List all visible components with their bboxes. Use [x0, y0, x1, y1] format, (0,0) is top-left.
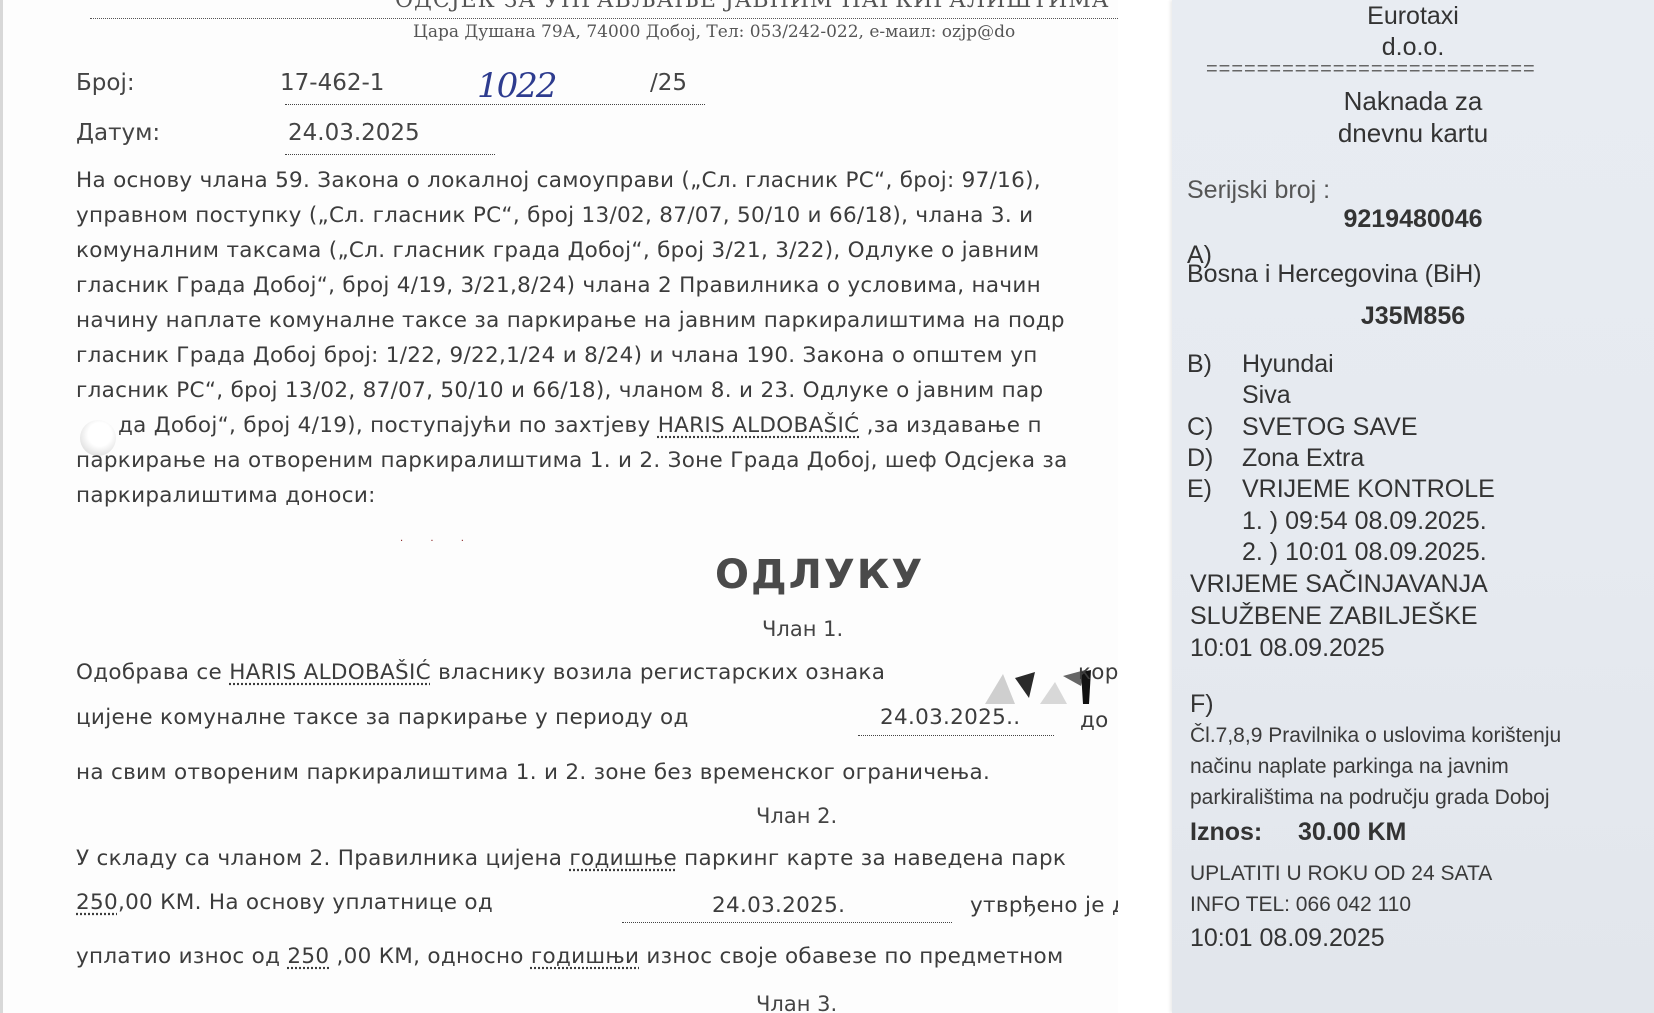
preamble-line: гласник Града Добој број: 1/22, 9/22,1/2… [76, 343, 1038, 368]
amount-value: 30.00 KM [1298, 818, 1406, 847]
control-time-2: 2. ) 10:01 08.09.2025. [1242, 538, 1487, 567]
period-to-label: до [1080, 708, 1109, 733]
article-1-line: на свим отвореним паркиралиштима 1. и 2.… [76, 760, 990, 785]
control-time-1: 1. ) 09:54 08.09.2025. [1242, 507, 1487, 536]
preamble-line: комуналним таксама („Сл. гласник града Д… [76, 238, 1040, 263]
receipt-company: Eurotaxi [1172, 2, 1654, 31]
article-1-line: Одобрава се HARIS ALDOBAŠIĆ власнику воз… [76, 660, 885, 685]
serial-label: Serijski broj : [1187, 176, 1330, 205]
period-start-date: 24.03.2025.. [880, 705, 1020, 730]
handwritten-number: 1022 [477, 66, 556, 106]
article-3-heading: Члан 3. [756, 992, 837, 1013]
vehicle-country: Bosna i Hercegovina (BiH) [1187, 260, 1482, 289]
preamble-line: паркирање на отвореним паркиралиштима 1.… [76, 448, 1068, 473]
payment-date-underline [622, 922, 952, 923]
printed-timestamp: 10:01 08.09.2025 [1190, 924, 1385, 953]
amount-label: Iznos: [1190, 818, 1262, 847]
scan-edge [0, 0, 3, 1013]
article-2-line: У складу са чланом 2. Правилника цијена … [76, 846, 1066, 871]
record-time-value: 10:01 08.09.2025 [1190, 634, 1385, 663]
section-c-label: C) [1187, 413, 1213, 442]
preamble-line: да Добој“, број 4/19), поступајући по за… [118, 413, 1042, 438]
receipt-title: Naknada za [1172, 86, 1654, 117]
annual-price: 250 [76, 890, 118, 915]
section-f-label: F) [1190, 690, 1214, 719]
receipt-separator: ========================== [1206, 58, 1536, 81]
number-underline [285, 104, 705, 105]
payment-slip-date: 24.03.2025. [712, 893, 845, 918]
decision-title: ОДЛУКУ [715, 552, 924, 598]
street: SVETOG SAVE [1242, 413, 1418, 442]
parking-receipt: Eurotaxi d.o.o. ========================… [1172, 0, 1654, 1013]
date-label: Датум: [76, 120, 160, 146]
vehicle-plate: J35M856 [1172, 302, 1654, 331]
article-1-line-end: кори [1078, 660, 1118, 685]
preamble-line: На основу члана 59. Закона о локалној са… [76, 168, 1041, 193]
regulation-text: načinu naplate parkinga na javnim [1190, 755, 1509, 779]
receipt-title-2: dnevnu kartu [1172, 118, 1654, 149]
vehicle-make: Hyundai [1242, 350, 1334, 379]
number-label: Број: [76, 70, 135, 96]
article-1-heading: Члан 1. [762, 617, 843, 641]
applicant-name: HARIS ALDOBAŠIĆ [658, 413, 860, 438]
header-rule [90, 18, 1118, 19]
number-prefix: 17-462-1 [280, 70, 384, 96]
scan-specks: · · · [400, 536, 476, 547]
regulation-text: Čl.7,8,9 Pravilnika o uslovima korištenj… [1190, 724, 1561, 748]
decision-document: ОДСЈЕК ЗА УПРАВЉАЊЕ ЈАВНИМ ПАРКИРАЛИШТИМ… [0, 0, 1118, 1013]
department-address: Цара Душана 79А, 74000 Добој, Тел: 053/2… [413, 22, 1015, 42]
control-time-title: VRIJEME KONTROLE [1242, 475, 1495, 504]
article-1-line: цијене комуналне таксе за паркирање у пе… [76, 705, 689, 730]
preamble-line: паркиралиштима доноси: [76, 483, 376, 508]
article-2-line: 250,00 КМ. На основу уплатнице од [76, 890, 493, 915]
article-2-line-end: утврђено је да [970, 893, 1118, 918]
serial-value: 9219480046 [1172, 205, 1654, 234]
date-underline [285, 154, 495, 155]
payment-deadline: UPLATITI U ROKU OD 24 SATA [1190, 862, 1492, 886]
record-time-label-2: SLUŽBENE ZABILJEŠKE [1190, 602, 1478, 631]
article-2-line: уплатио износ од 250 ,00 КМ, односно год… [76, 944, 1063, 969]
applicant-name: HARIS ALDOBAŠIĆ [229, 660, 431, 685]
zone: Zona Extra [1242, 444, 1364, 473]
preamble-line: гласник Града Добој“, број 4/19, 3/21,8/… [76, 273, 1041, 298]
paid-amount: 250 [287, 944, 329, 969]
department-header: ОДСЈЕК ЗА УПРАВЉАЊЕ ЈАВНИМ ПАРКИРАЛИШТИМ… [395, 0, 1118, 13]
preamble-line: гласник РС“, број 13/02, 87/07, 50/10 и … [76, 378, 1043, 403]
vehicle-color: Siva [1242, 381, 1291, 410]
date-value: 24.03.2025 [288, 120, 420, 146]
article-2-heading: Члан 2. [756, 804, 837, 828]
preamble-line: начину наплате комуналне таксе за паркир… [76, 308, 1065, 333]
info-phone: INFO TEL: 066 042 110 [1190, 893, 1411, 917]
number-suffix: /25 [650, 70, 687, 96]
section-e-label: E) [1187, 475, 1212, 504]
period-start-underline [858, 735, 1054, 736]
preamble-line: управном поступку („Сл. гласник РС“, бро… [76, 203, 1033, 228]
record-time-label: VRIJEME SAČINJAVANJA [1190, 570, 1488, 599]
regulation-text: parkiralištima na području grada Doboj [1190, 786, 1550, 810]
section-d-label: D) [1187, 444, 1213, 473]
section-b-label: B) [1187, 350, 1212, 379]
